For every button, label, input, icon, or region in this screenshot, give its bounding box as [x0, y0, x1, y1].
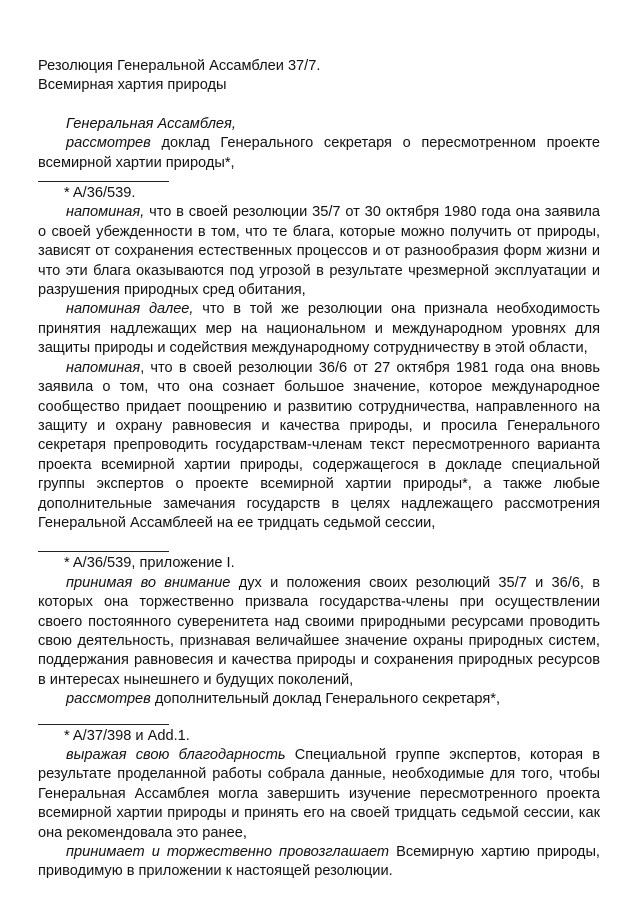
italic-phrase: выражая свою благодарность — [66, 747, 286, 763]
italic-phrase: принимает и торжественно провозглашает — [66, 844, 389, 860]
paragraph-bearing-in-mind: принимая во внимание дух и положения сво… — [38, 574, 600, 690]
paragraph-adopts-proclaims: принимает и торжественно провозглашает В… — [38, 843, 600, 882]
paragraph-recalling-1980: напоминая, что в своей резолюции 35/7 от… — [38, 203, 600, 300]
italic-phrase: напоминая далее, — [66, 301, 193, 317]
spacer — [38, 710, 600, 716]
paragraph-having-considered: рассмотрев доклад Генерального секретаря… — [38, 134, 600, 173]
footnote-divider — [38, 724, 169, 725]
italic-phrase: рассмотрев — [66, 135, 151, 151]
footnote-divider — [38, 181, 169, 182]
spacer — [38, 96, 600, 115]
paragraph-general-assembly: Генеральная Ассамблея, — [38, 115, 600, 134]
spacer — [38, 533, 600, 543]
paragraph-having-considered-additional: рассмотрев дополнительный доклад Генерал… — [38, 690, 600, 709]
document-page: Резолюция Генеральной Ассамблеи 37/7. Вс… — [38, 57, 600, 882]
italic-phrase: напоминая — [66, 360, 140, 376]
footnote-2: * A/36/539, приложение I. — [38, 554, 600, 573]
document-title-line1: Резолюция Генеральной Ассамблеи 37/7. — [38, 57, 600, 76]
footnote-divider — [38, 551, 169, 552]
footnote-3: * A/37/398 и Add.1. — [38, 727, 600, 746]
paragraph-recalling-further: напоминая далее, что в той же резолюции … — [38, 300, 600, 358]
paragraph-expressing-gratitude: выражая свою благодарность Специальной г… — [38, 746, 600, 843]
footnote-1: * A/36/539. — [38, 184, 600, 203]
italic-phrase: рассмотрев — [66, 691, 151, 707]
document-title-line2: Всемирная хартия природы — [38, 76, 600, 95]
italic-phrase: напоминая, — [66, 204, 144, 220]
italic-phrase: принимая во внимание — [66, 575, 230, 591]
paragraph-recalling-1981: напоминая, что в своей резолюции 36/6 от… — [38, 359, 600, 534]
italic-phrase: Генеральная Ассамблея, — [66, 116, 236, 132]
